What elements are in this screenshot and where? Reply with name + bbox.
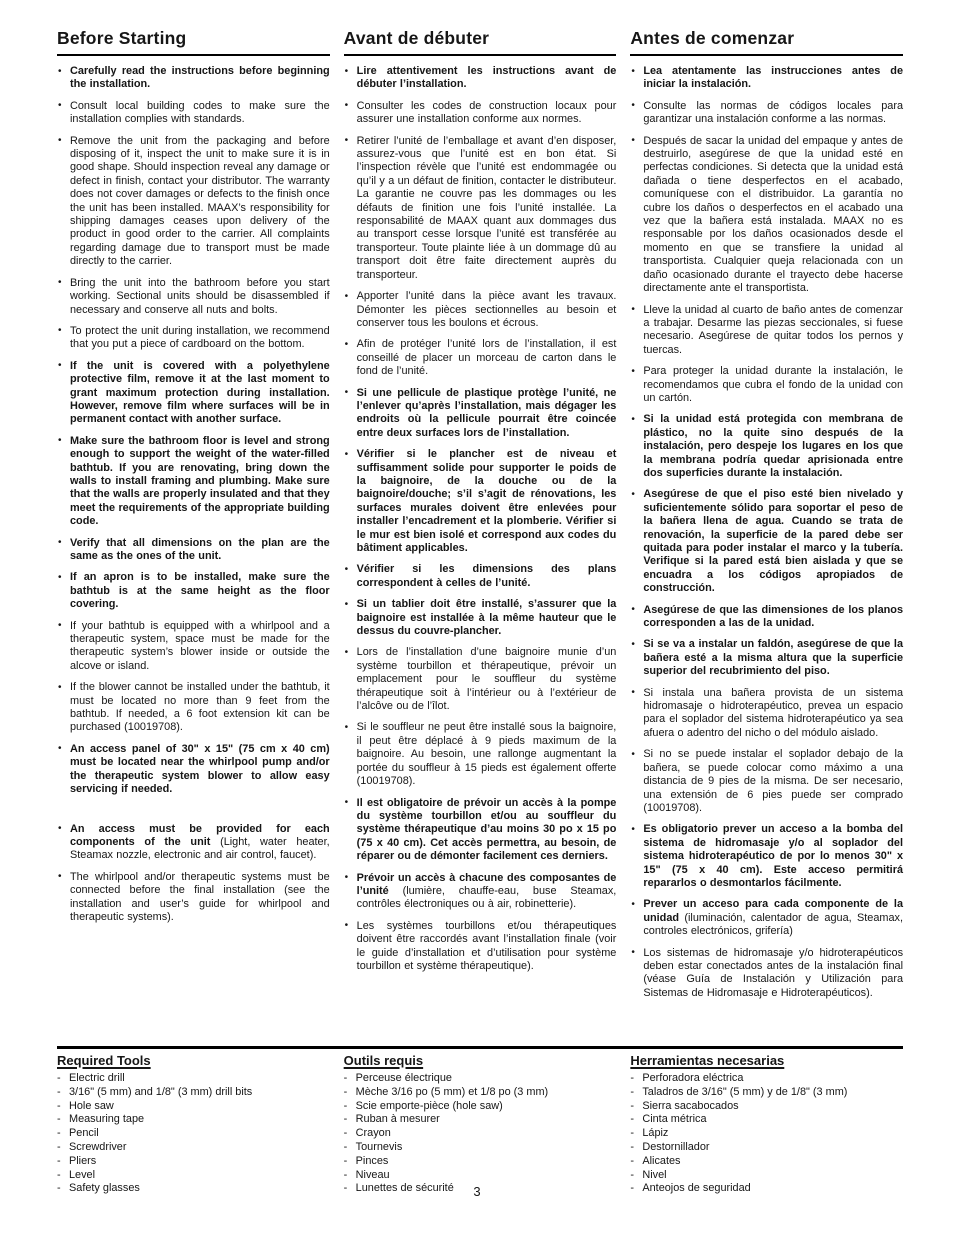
bullet-text: Consulter les codes de construction loca… [357,100,617,125]
dash-marker: - [57,1169,61,1183]
bullet-text: Es obligatorio prever un acceso a la bom… [643,823,903,889]
tool-item: -Alicates [630,1155,903,1169]
bullet-text: If the unit is covered with a polyethyle… [70,360,330,426]
bullet-marker: • [631,303,635,316]
dash-marker: - [57,1100,61,1114]
dash-marker: - [57,1113,61,1127]
bullet-text: The whirlpool and/or therapeutic systems… [70,871,330,923]
bullet-marker: • [58,619,62,632]
bullet-marker: • [345,134,349,147]
bullet-item: •Para proteger la unidad durante la inst… [630,365,903,405]
bullet-text: If an apron is to be installed, make sur… [70,571,330,610]
bullet-text: Consulte las normas de códigos locales p… [643,100,903,125]
bullet-item: •Prévoir un accès à chacune des composan… [344,872,617,912]
bullet-item: •If an apron is to be installed, make su… [57,571,330,611]
tools-list-english: -Electric drill -3/16" (5 mm) and 1/8" (… [57,1072,330,1196]
bullet-marker: • [631,898,635,911]
bullet-marker: • [345,99,349,112]
tool-item: -Scie emporte-pièce (hole saw) [344,1100,617,1114]
bullet-text: Verify that all dimensions on the plan a… [70,537,330,562]
tool-item: -Pencil [57,1127,330,1141]
bullet-item: •The whirlpool and/or therapeutic system… [57,871,330,925]
bullet-marker: • [345,919,349,932]
bullet-item: •Consult local building codes to make su… [57,100,330,127]
bullet-item: •Lors de l’installation d’une baignoire … [344,646,617,713]
dash-marker: - [344,1086,348,1100]
bullet-item: •Si se va a instalar un faldón, asegúres… [630,638,903,678]
bullet-marker: • [345,646,349,659]
bullet-marker: • [345,563,349,576]
tool-item: -Nivel [630,1169,903,1183]
tool-item: -Ruban à mesurer [344,1113,617,1127]
dash-marker: - [630,1086,634,1100]
bullet-item: •Consulte las normas de códigos locales … [630,100,903,127]
bullet-marker: • [631,99,635,112]
main-content: Before Starting •Carefully read the inst… [57,28,903,1008]
bullet-item: •Si le souffleur ne peut être installé s… [344,721,617,788]
bullet-item: •Si no se puede instalar el soplador deb… [630,748,903,815]
bullet-text: Si se va a instalar un faldón, asegúrese… [643,638,903,677]
tool-item: -Hole saw [57,1100,330,1114]
bullet-item: •Vérifier si les dimensions des plans co… [344,563,617,590]
bullet-marker: • [58,870,62,883]
bullet-text: If the blower cannot be installed under … [70,681,330,733]
bullet-text: To protect the unit during installation,… [70,325,330,350]
bullet-text: Il est obligatoire de prévoir un accès à… [357,797,617,863]
column-french: Avant de débuter •Lire attentivement les… [344,28,617,1008]
tool-item: -Perceuse électrique [344,1072,617,1086]
bullet-text: Prever un acceso para cada componente de… [643,898,903,937]
bullet-marker: • [631,65,635,78]
bullet-text: Asegúrese de que las dimensiones de los … [643,604,903,629]
bullet-text: Lors de l’installation d’une baignoire m… [357,646,617,712]
bullet-text: Vérifier si les dimensions des plans cor… [357,563,617,588]
dash-marker: - [57,1155,61,1169]
dash-marker: - [344,1113,348,1127]
dash-marker: - [344,1155,348,1169]
bullet-item: •Si un tablier doit être installé, s’ass… [344,598,617,638]
bullet-text: Remove the unit from the packaging and b… [70,135,330,268]
bullet-marker: • [58,571,62,584]
bullet-text: Para proteger la unidad durante la insta… [643,365,903,404]
bullet-item: •Asegúrese de que el piso esté bien nive… [630,488,903,595]
bullet-text: Apporter l’unité dans la pièce avant les… [357,290,617,329]
tools-spanish: Herramientas necesarias -Perforadora elé… [630,1053,903,1196]
bullet-text: Si une pellicule de plastique protège l’… [357,387,617,439]
bullet-item: •Consulter les codes de construction loc… [344,100,617,127]
bullet-marker: • [631,638,635,651]
bullet-text: An access panel of 30" x 15" (75 cm x 40… [70,743,330,795]
bullet-marker: • [58,681,62,694]
dash-marker: - [630,1127,634,1141]
bullet-marker: • [58,742,62,755]
bullet-item: •Les systèmes tourbillons et/ou thérapeu… [344,920,617,974]
bullet-marker: • [345,386,349,399]
tool-item: -Tournevis [344,1141,617,1155]
bullet-text: Lire attentivement les instructions avan… [357,65,617,90]
bullet-item: •Afin de protéger l’unité lors de l’inst… [344,338,617,378]
dash-marker: - [344,1100,348,1114]
dash-marker: - [630,1113,634,1127]
dash-marker: - [57,1086,61,1100]
section-title-english: Before Starting [57,28,330,56]
bullet-marker: • [345,721,349,734]
bullet-text: Lleve la unidad al cuarto de baño antes … [643,304,903,356]
bullet-item: •Apporter l’unité dans la pièce avant le… [344,290,617,330]
tool-item: -Mèche 3/16 po (5 mm) et 1/8 po (3 mm) [344,1086,617,1100]
bullet-item: •Remove the unit from the packaging and … [57,135,330,269]
page-number: 3 [0,1184,954,1199]
bullet-item: •Prever un acceso para cada componente d… [630,898,903,938]
dash-marker: - [57,1072,61,1086]
tool-item: -Sierra sacabocados [630,1100,903,1114]
bullet-list-french: •Lire attentivement les instructions ava… [344,65,617,973]
bullet-marker: • [345,448,349,461]
bullet-text: Make sure the bathroom floor is level an… [70,435,330,527]
bullet-item: •Es obligatorio prever un acceso a la bo… [630,823,903,890]
bullet-text: Si no se puede instalar el soplador deba… [643,748,903,814]
section-title-french: Avant de débuter [344,28,617,56]
tool-item: -Lápiz [630,1127,903,1141]
bullet-marker: • [58,822,62,835]
dash-marker: - [630,1169,634,1183]
bullet-marker: • [631,823,635,836]
bullet-item: •Si instala una bañera provista de un si… [630,687,903,741]
bullet-text: Retirer l’unité de l’emballage et avant … [357,135,617,281]
tool-item: -Perforadora eléctrica [630,1072,903,1086]
bullet-marker: • [631,686,635,699]
bullet-text: Si un tablier doit être installé, s’assu… [357,598,617,637]
bullet-item: •Lleve la unidad al cuarto de baño antes… [630,304,903,358]
bullet-item: •Después de sacar la unidad del empaque … [630,135,903,296]
bullet-text: Carefully read the instructions before b… [70,65,330,90]
dash-marker: - [344,1072,348,1086]
dash-marker: - [344,1169,348,1183]
bullet-text: Lea atentamente las instrucciones antes … [643,65,903,90]
tools-french: Outils requis -Perceuse électrique -Mèch… [344,1053,617,1196]
bullet-item: •Lire attentivement les instructions ava… [344,65,617,92]
bullet-marker: • [58,99,62,112]
bullet-text: If your bathtub is equipped with a whirl… [70,620,330,672]
bullet-text: Consult local building codes to make sur… [70,100,330,125]
bullet-text: Si la unidad está protegida con membrana… [643,413,903,479]
bullet-marker: • [58,134,62,147]
bullet-marker: • [631,946,635,959]
bullet-text: Les systèmes tourbillons et/ou thérapeut… [357,920,617,972]
tools-title-spanish: Herramientas necesarias [630,1053,903,1068]
tools-title-english: Required Tools [57,1053,330,1068]
bullet-marker: • [631,134,635,147]
bullet-list-english: •Carefully read the instructions before … [57,65,330,924]
bullet-item: •Asegúrese de que las dimensiones de los… [630,604,903,631]
bullet-item: •Vérifier si le plancher est de niveau e… [344,448,617,555]
tool-item: -Pliers [57,1155,330,1169]
tool-item: -Destornillador [630,1141,903,1155]
bullet-marker: • [58,434,62,447]
tools-english: Required Tools -Electric drill -3/16" (5… [57,1053,330,1196]
tool-item: -Cinta métrica [630,1113,903,1127]
bullet-item: •If the blower cannot be installed under… [57,681,330,735]
tools-section: Required Tools -Electric drill -3/16" (5… [57,1046,903,1196]
bullet-item: •If your bathtub is equipped with a whir… [57,620,330,674]
dash-marker: - [57,1127,61,1141]
bullet-item: •Si la unidad está protegida con membran… [630,413,903,480]
tool-item: -3/16" (5 mm) and 1/8" (3 mm) drill bits [57,1086,330,1100]
bullet-item: •Lea atentamente las instrucciones antes… [630,65,903,92]
bullet-text: Los sistemas de hidromasaje y/o hidroter… [643,947,903,999]
bullet-marker: • [58,359,62,372]
bullet-text: Prévoir un accès à chacune des composant… [357,872,617,911]
bullet-marker: • [58,276,62,289]
dash-marker: - [630,1100,634,1114]
bullet-item: •Los sistemas de hidromasaje y/o hidrote… [630,947,903,1001]
bullet-item: •An access must be provided for each com… [57,823,330,863]
bullet-marker: • [345,65,349,78]
dash-marker: - [630,1141,634,1155]
bullet-marker: • [631,488,635,501]
bullet-marker: • [58,65,62,78]
tool-item: -Niveau [344,1169,617,1183]
column-spanish: Antes de comenzar •Lea atentamente las i… [630,28,903,1008]
bullet-marker: • [631,365,635,378]
tool-item: -Taladros de 3/16" (5 mm) y de 1/8" (3 m… [630,1086,903,1100]
bullet-item: •Make sure the bathroom floor is level a… [57,435,330,529]
bullet-text: Después de sacar la unidad del empaque y… [643,135,903,294]
tools-title-french: Outils requis [344,1053,617,1068]
bullet-marker: • [345,796,349,809]
bullet-marker: • [631,603,635,616]
tool-item: -Pinces [344,1155,617,1169]
dash-marker: - [344,1127,348,1141]
bullet-item: •Retirer l’unité de l’emballage et avant… [344,135,617,282]
dash-marker: - [630,1072,634,1086]
bullet-item: •Il est obligatoire de prévoir un accès … [344,797,617,864]
bullet-item: •Si une pellicule de plastique protège l… [344,387,617,441]
bullet-item: •Carefully read the instructions before … [57,65,330,92]
tool-item: -Crayon [344,1127,617,1141]
bullet-text: Si instala una bañera provista de un sis… [643,687,903,739]
bullet-item: •Verify that all dimensions on the plan … [57,537,330,564]
bullet-marker: • [345,598,349,611]
tool-item: -Level [57,1169,330,1183]
bullet-list-spanish: •Lea atentamente las instrucciones antes… [630,65,903,1000]
section-title-spanish: Antes de comenzar [630,28,903,56]
bullet-marker: • [631,413,635,426]
tool-item: -Electric drill [57,1072,330,1086]
tool-item: -Screwdriver [57,1141,330,1155]
dash-marker: - [630,1155,634,1169]
bullet-text: Vérifier si le plancher est de niveau et… [357,448,617,554]
tool-item: -Measuring tape [57,1113,330,1127]
bullet-item: •Bring the unit into the bathroom before… [57,277,330,317]
bullet-item: •An access panel of 30" x 15" (75 cm x 4… [57,743,330,797]
bullet-marker: • [345,290,349,303]
bullet-marker: • [345,338,349,351]
bullet-text: Asegúrese de que el piso esté bien nivel… [643,488,903,594]
bullet-marker: • [58,324,62,337]
bullet-text: Bring the unit into the bathroom before … [70,277,330,316]
bullet-text: Si le souffleur ne peut être installé so… [357,721,617,787]
tools-list-french: -Perceuse électrique -Mèche 3/16 po (5 m… [344,1072,617,1196]
bullet-text: Afin de protéger l’unité lors de l’insta… [357,338,617,377]
bullet-item: •If the unit is covered with a polyethyl… [57,360,330,427]
dash-marker: - [57,1141,61,1155]
dash-marker: - [344,1141,348,1155]
bullet-marker: • [345,871,349,884]
tools-list-spanish: -Perforadora eléctrica -Taladros de 3/16… [630,1072,903,1196]
bullet-item: •To protect the unit during installation… [57,325,330,352]
bullet-text: An access must be provided for each comp… [70,823,330,862]
manual-page: Before Starting •Carefully read the inst… [0,0,954,1235]
bullet-marker: • [631,748,635,761]
column-english: Before Starting •Carefully read the inst… [57,28,330,1008]
bullet-marker: • [58,536,62,549]
